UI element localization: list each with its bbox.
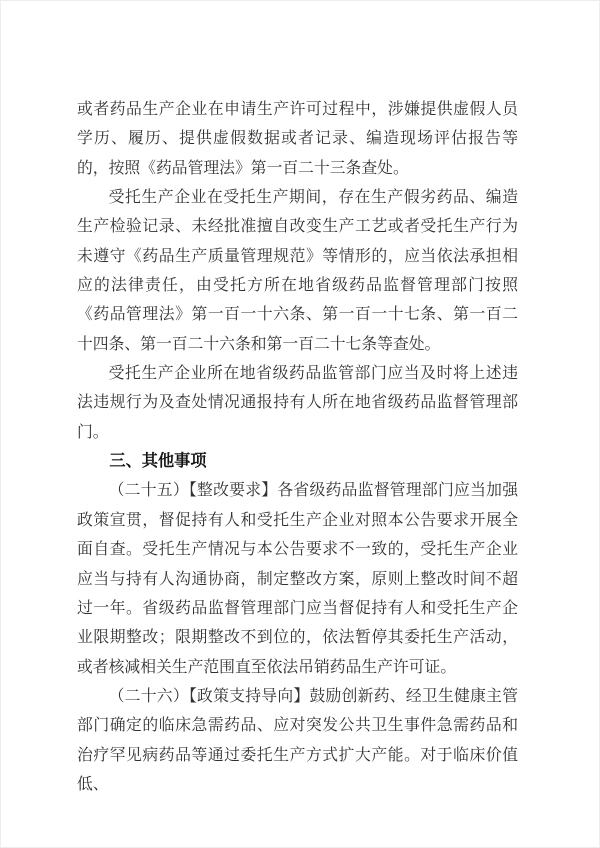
paragraph-item-25: （二十五）【整改要求】各省级药品监督管理部门应当加强政策宣贯，督促持有人和受托生… xyxy=(77,476,518,681)
paragraph: 受托生产企业在受托生产期间，存在生产假劣药品、编造生产检验记录、未经批准擅自改变… xyxy=(77,183,518,359)
paragraph-item-26: （二十六）【政策支持导向】鼓励创新药、经卫生健康主管部门确定的临床急需药品、应对… xyxy=(77,682,518,799)
document-page: 或者药品生产企业在申请生产许可过程中，涉嫌提供虚假人员学历、履历、提供虚假数据或… xyxy=(0,0,600,848)
paragraph-continuation: 或者药品生产企业在申请生产许可过程中，涉嫌提供虚假人员学历、履历、提供虚假数据或… xyxy=(77,95,518,183)
paragraph: 受托生产企业所在地省级药品监管部门应当及时将上述违法违规行为及查处情况通报持有人… xyxy=(77,359,518,447)
section-heading: 三、其他事项 xyxy=(77,447,518,476)
document-text-block: 或者药品生产企业在申请生产许可过程中，涉嫌提供虚假人员学历、履历、提供虚假数据或… xyxy=(77,95,518,799)
